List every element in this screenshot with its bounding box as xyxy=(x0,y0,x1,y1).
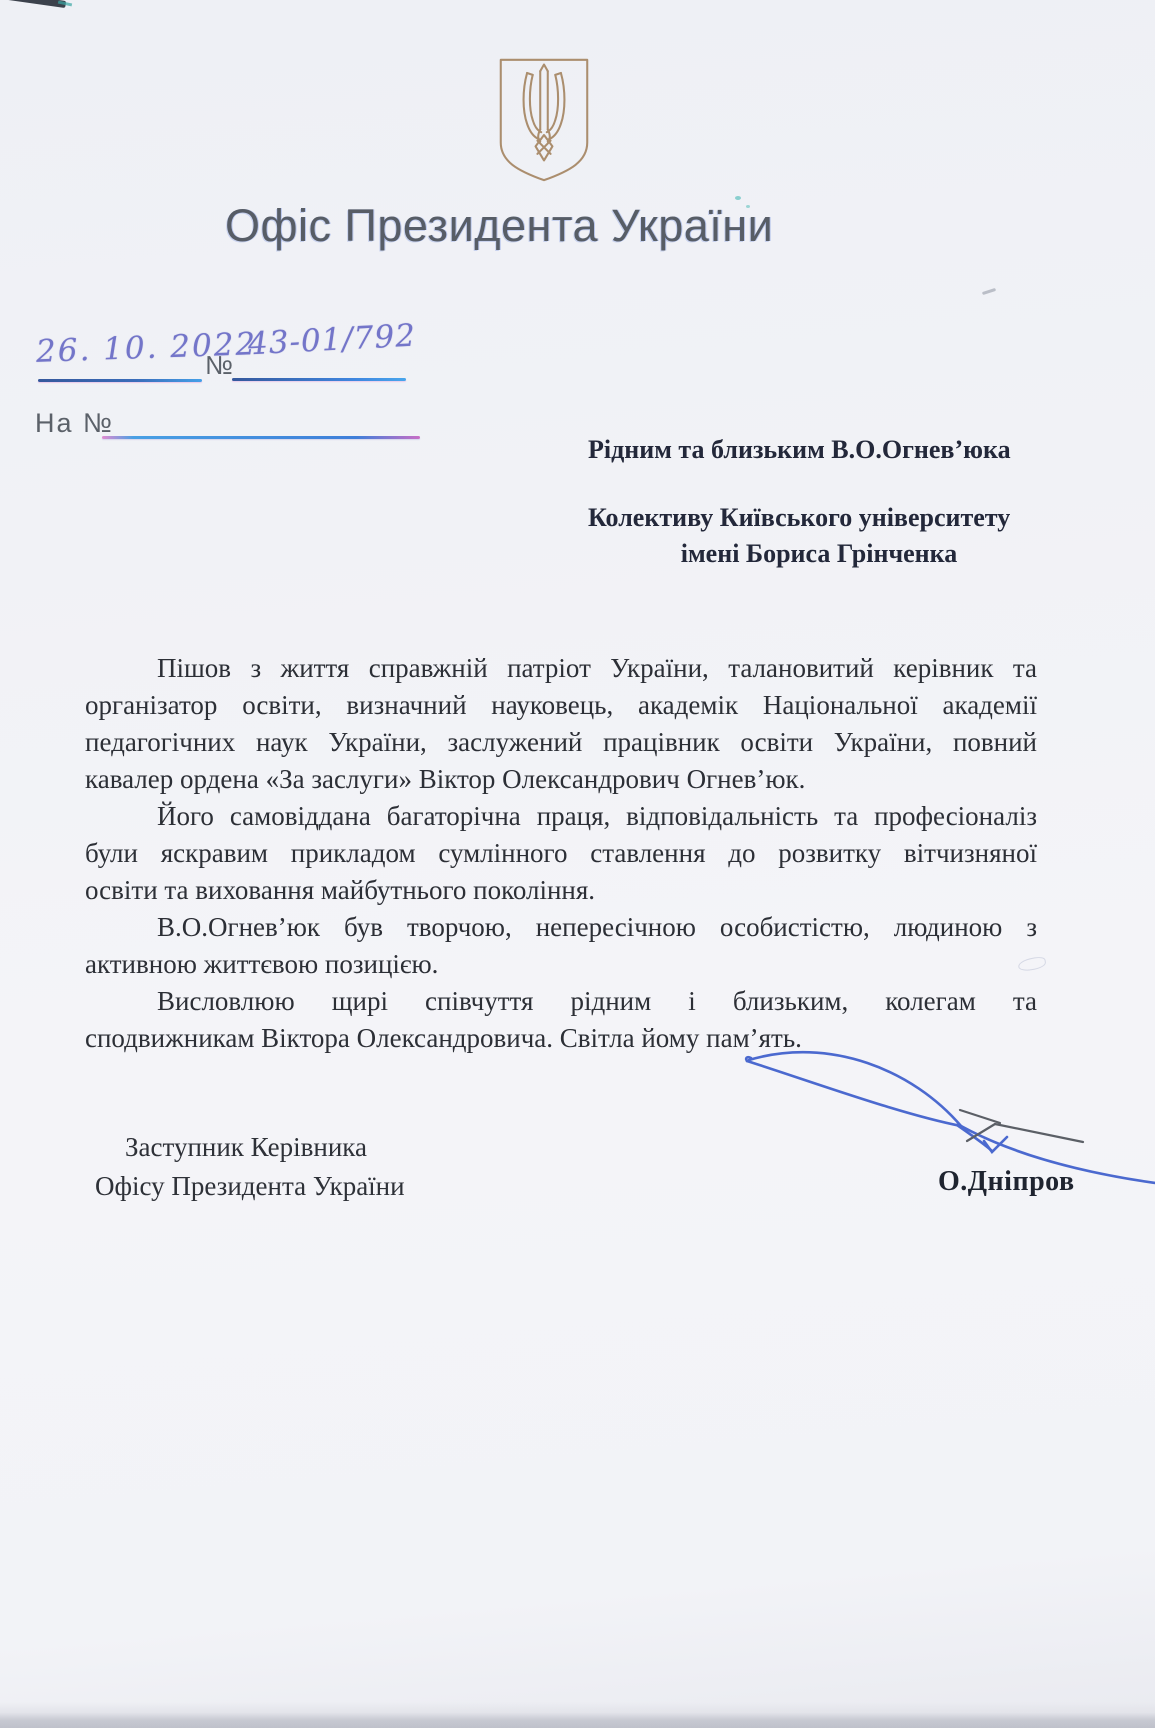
signer-position-line: Офісу Президента України xyxy=(95,1167,515,1206)
addressee-line: Рідним та близьким В.О.Огнев’юка xyxy=(588,432,1050,468)
body-line: кавалер ордена «За заслуги» Віктор Олекс… xyxy=(85,761,1037,798)
scan-artifact-tick xyxy=(982,288,996,295)
body-line: були яскравим прикладом сумлінного ставл… xyxy=(85,835,1037,872)
body-line: Його самовіддана багаторічна праця, відп… xyxy=(85,798,1037,835)
addressee-line: імені Бориса Грінченка xyxy=(588,536,1050,572)
number-label: № xyxy=(205,350,233,381)
spacer xyxy=(588,468,1050,500)
signer-position-line: Заступник Керівника xyxy=(95,1128,515,1167)
addressee-line: Колективу Київського університету xyxy=(588,500,1050,536)
date-underline xyxy=(38,379,202,382)
body-line: освіти та виховання майбутнього поколінн… xyxy=(85,872,1037,909)
body-line: активною життєвою позицією. xyxy=(85,946,1037,983)
scanned-letter-page: Офіс Президента України 26. 10. 2022 № 4… xyxy=(0,0,1155,1728)
handwritten-number: 43-01/792 xyxy=(247,318,417,363)
reply-number-underline xyxy=(102,436,420,439)
body-line: В.О.Огнев’юк був творчою, непересічною о… xyxy=(85,909,1037,946)
number-underline xyxy=(232,378,406,381)
page-title: Офіс Президента України xyxy=(225,200,935,252)
body-line: педагогічних наук України, заслужений пр… xyxy=(85,724,1037,761)
scan-artifact-corner-teal xyxy=(58,1,72,7)
body-line: організатор освіти, визначний науковець,… xyxy=(85,687,1037,724)
scan-artifact-corner xyxy=(0,0,66,8)
letter-body: Пішов з життя справжній патріот України,… xyxy=(85,650,1037,1057)
addressee-block: Рідним та близьким В.О.Огнев’юка Колекти… xyxy=(588,432,1050,572)
signer-position: Заступник Керівника Офісу Президента Укр… xyxy=(95,1128,515,1206)
ukraine-trident-icon xyxy=(497,56,591,184)
body-line: Пішов з життя справжній патріот України,… xyxy=(85,650,1037,687)
signer-name: О.Дніпров xyxy=(938,1166,1075,1198)
handwritten-signature xyxy=(695,1030,1155,1205)
body-line: Висловлюю щирі співчуття рідним і близьк… xyxy=(85,983,1037,1020)
scan-page-edge-shadow xyxy=(0,1702,1155,1728)
reply-number-label: На № xyxy=(35,408,114,439)
